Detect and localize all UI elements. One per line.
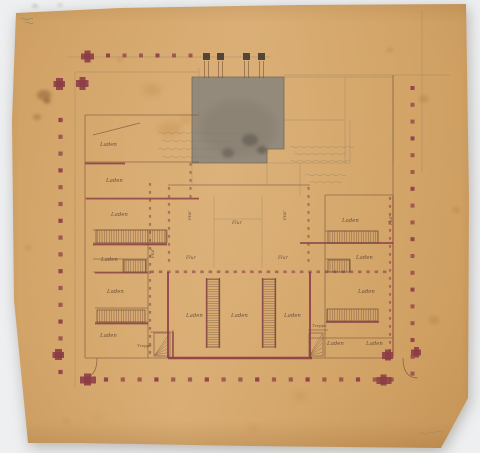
pier-dot — [172, 54, 176, 58]
note-line — [290, 160, 350, 162]
note-line — [290, 146, 354, 148]
room-label: Laden — [99, 142, 117, 148]
stain — [63, 419, 70, 424]
room-label: Laden — [326, 341, 344, 347]
pier-dot — [58, 353, 62, 357]
room-label: Laden — [355, 255, 373, 261]
pier-dot — [58, 202, 62, 206]
pier-dot — [411, 103, 415, 107]
stain — [387, 48, 394, 53]
pier-dot — [58, 269, 62, 273]
pier-dot — [106, 54, 110, 58]
scan-background: { "document": { "kind": "hand-drawn arch… — [0, 0, 480, 453]
pier-dot — [411, 338, 415, 342]
room-label: Laden — [283, 313, 301, 319]
pier-dot — [289, 377, 293, 381]
stain — [180, 115, 192, 123]
note-line — [420, 430, 444, 434]
small-note — [306, 174, 346, 183]
pier-wall-line — [219, 61, 223, 78]
room-label: Laden — [99, 333, 117, 339]
stain — [452, 207, 460, 213]
room-label: Laden — [185, 313, 203, 319]
pier-dot — [411, 120, 415, 124]
room-label: Treppe — [137, 343, 152, 348]
room-label: Laden — [357, 289, 375, 295]
stain — [25, 246, 31, 251]
corner-inscription — [420, 430, 444, 434]
stain — [242, 134, 258, 146]
stain — [33, 114, 41, 120]
pier-dot — [58, 320, 62, 324]
room-label: Flur — [188, 210, 193, 221]
room-label: Flur — [150, 248, 155, 259]
pier-dot — [58, 286, 62, 290]
pier-dot — [104, 377, 108, 381]
pier-dot — [411, 153, 415, 157]
pier-dot — [121, 377, 125, 381]
stain — [419, 95, 429, 103]
room-label: Laden — [365, 341, 383, 347]
room-label: Treppe — [312, 323, 327, 328]
pier-dot — [322, 377, 326, 381]
staircases — [96, 230, 378, 356]
pier-dot — [58, 336, 62, 340]
pier-dot — [58, 185, 62, 189]
staircase — [97, 310, 145, 322]
room-label: Laden — [110, 212, 128, 218]
pier-dot — [58, 303, 62, 307]
dark-pier — [243, 53, 250, 60]
pier-dot — [188, 377, 192, 381]
staircase — [207, 279, 219, 347]
pier-wall-line — [260, 61, 264, 78]
pier-dot — [58, 370, 62, 374]
pier-dot — [411, 220, 415, 224]
stain — [117, 58, 123, 62]
staircase — [327, 309, 378, 321]
note-line — [25, 22, 33, 24]
pier-dot — [255, 377, 259, 381]
staircase — [124, 260, 146, 272]
pier-dot — [238, 377, 242, 381]
staircase — [96, 230, 166, 243]
side-note — [290, 146, 354, 162]
note-line — [294, 153, 346, 155]
stain — [257, 146, 267, 154]
pier-dot — [139, 54, 143, 58]
pier-dot — [411, 136, 415, 140]
room-label: Laden — [100, 257, 118, 263]
note-line — [310, 181, 342, 183]
pier-dot — [411, 288, 415, 292]
stain — [44, 99, 51, 104]
stain — [58, 4, 63, 6]
dark-pier — [217, 53, 224, 60]
pier-dot — [373, 377, 377, 381]
room-label: Flur — [231, 220, 243, 226]
room-label: Flur — [277, 255, 289, 261]
pier-dot — [58, 236, 62, 240]
pier-dot — [411, 170, 415, 174]
pier-dot — [189, 54, 193, 58]
pier-dot — [411, 372, 415, 376]
staircase — [328, 260, 350, 272]
staircase — [263, 279, 275, 347]
pier-dot — [411, 237, 415, 241]
archive-mark-blue — [21, 18, 33, 24]
pier-dot — [58, 219, 62, 223]
stain — [94, 415, 102, 421]
room-label: Flur — [283, 210, 288, 221]
pier-dot — [123, 54, 127, 58]
stain — [158, 122, 182, 136]
pier-dot — [222, 377, 226, 381]
pier-dot — [390, 377, 394, 381]
pier-dot — [171, 377, 175, 381]
pier-dot — [138, 377, 142, 381]
stain — [248, 425, 258, 431]
stain — [32, 5, 38, 8]
pier-dot — [411, 86, 415, 90]
room-label: Laden — [341, 218, 359, 224]
dark-pier — [258, 53, 265, 60]
pier-dot — [272, 377, 276, 381]
room-label: Laden — [105, 178, 123, 184]
stain — [37, 90, 51, 100]
pier-dot — [58, 152, 62, 156]
note-line — [306, 174, 346, 176]
stain — [143, 85, 161, 95]
pier-dot — [411, 271, 415, 275]
spiral-treads — [310, 334, 322, 355]
room-label: Flur — [185, 255, 197, 261]
stain — [294, 392, 306, 400]
pier-dot — [58, 135, 62, 139]
room-label: Flur — [388, 215, 393, 226]
floor-plan-drawing: LadenLadenLadenLadenLadenLadenTreppeFlur… — [0, 0, 480, 453]
pier-dot — [411, 254, 415, 258]
pier-dot — [339, 377, 343, 381]
note-line — [21, 18, 33, 20]
stain — [429, 316, 439, 324]
spiral-treads — [155, 334, 169, 355]
pier-dot — [411, 355, 415, 359]
room-label: Laden — [230, 313, 248, 319]
pier-dot — [306, 377, 310, 381]
pier-dot — [58, 252, 62, 256]
paper-stains — [25, 4, 460, 431]
pier-dot — [411, 187, 415, 191]
pier-dot — [156, 54, 160, 58]
pier-dot — [411, 204, 415, 208]
pier-dot — [58, 118, 62, 122]
pier-dot — [58, 168, 62, 172]
pier-dot — [411, 321, 415, 325]
pier-dot — [356, 377, 360, 381]
room-label: Laden — [106, 289, 124, 295]
dark-pier — [203, 53, 210, 60]
pier-wall-line — [205, 61, 209, 78]
pier-dot — [205, 377, 209, 381]
pier-dot — [411, 304, 415, 308]
staircase — [328, 231, 378, 243]
pier-wall-line — [245, 61, 249, 78]
pier-dot — [154, 377, 158, 381]
